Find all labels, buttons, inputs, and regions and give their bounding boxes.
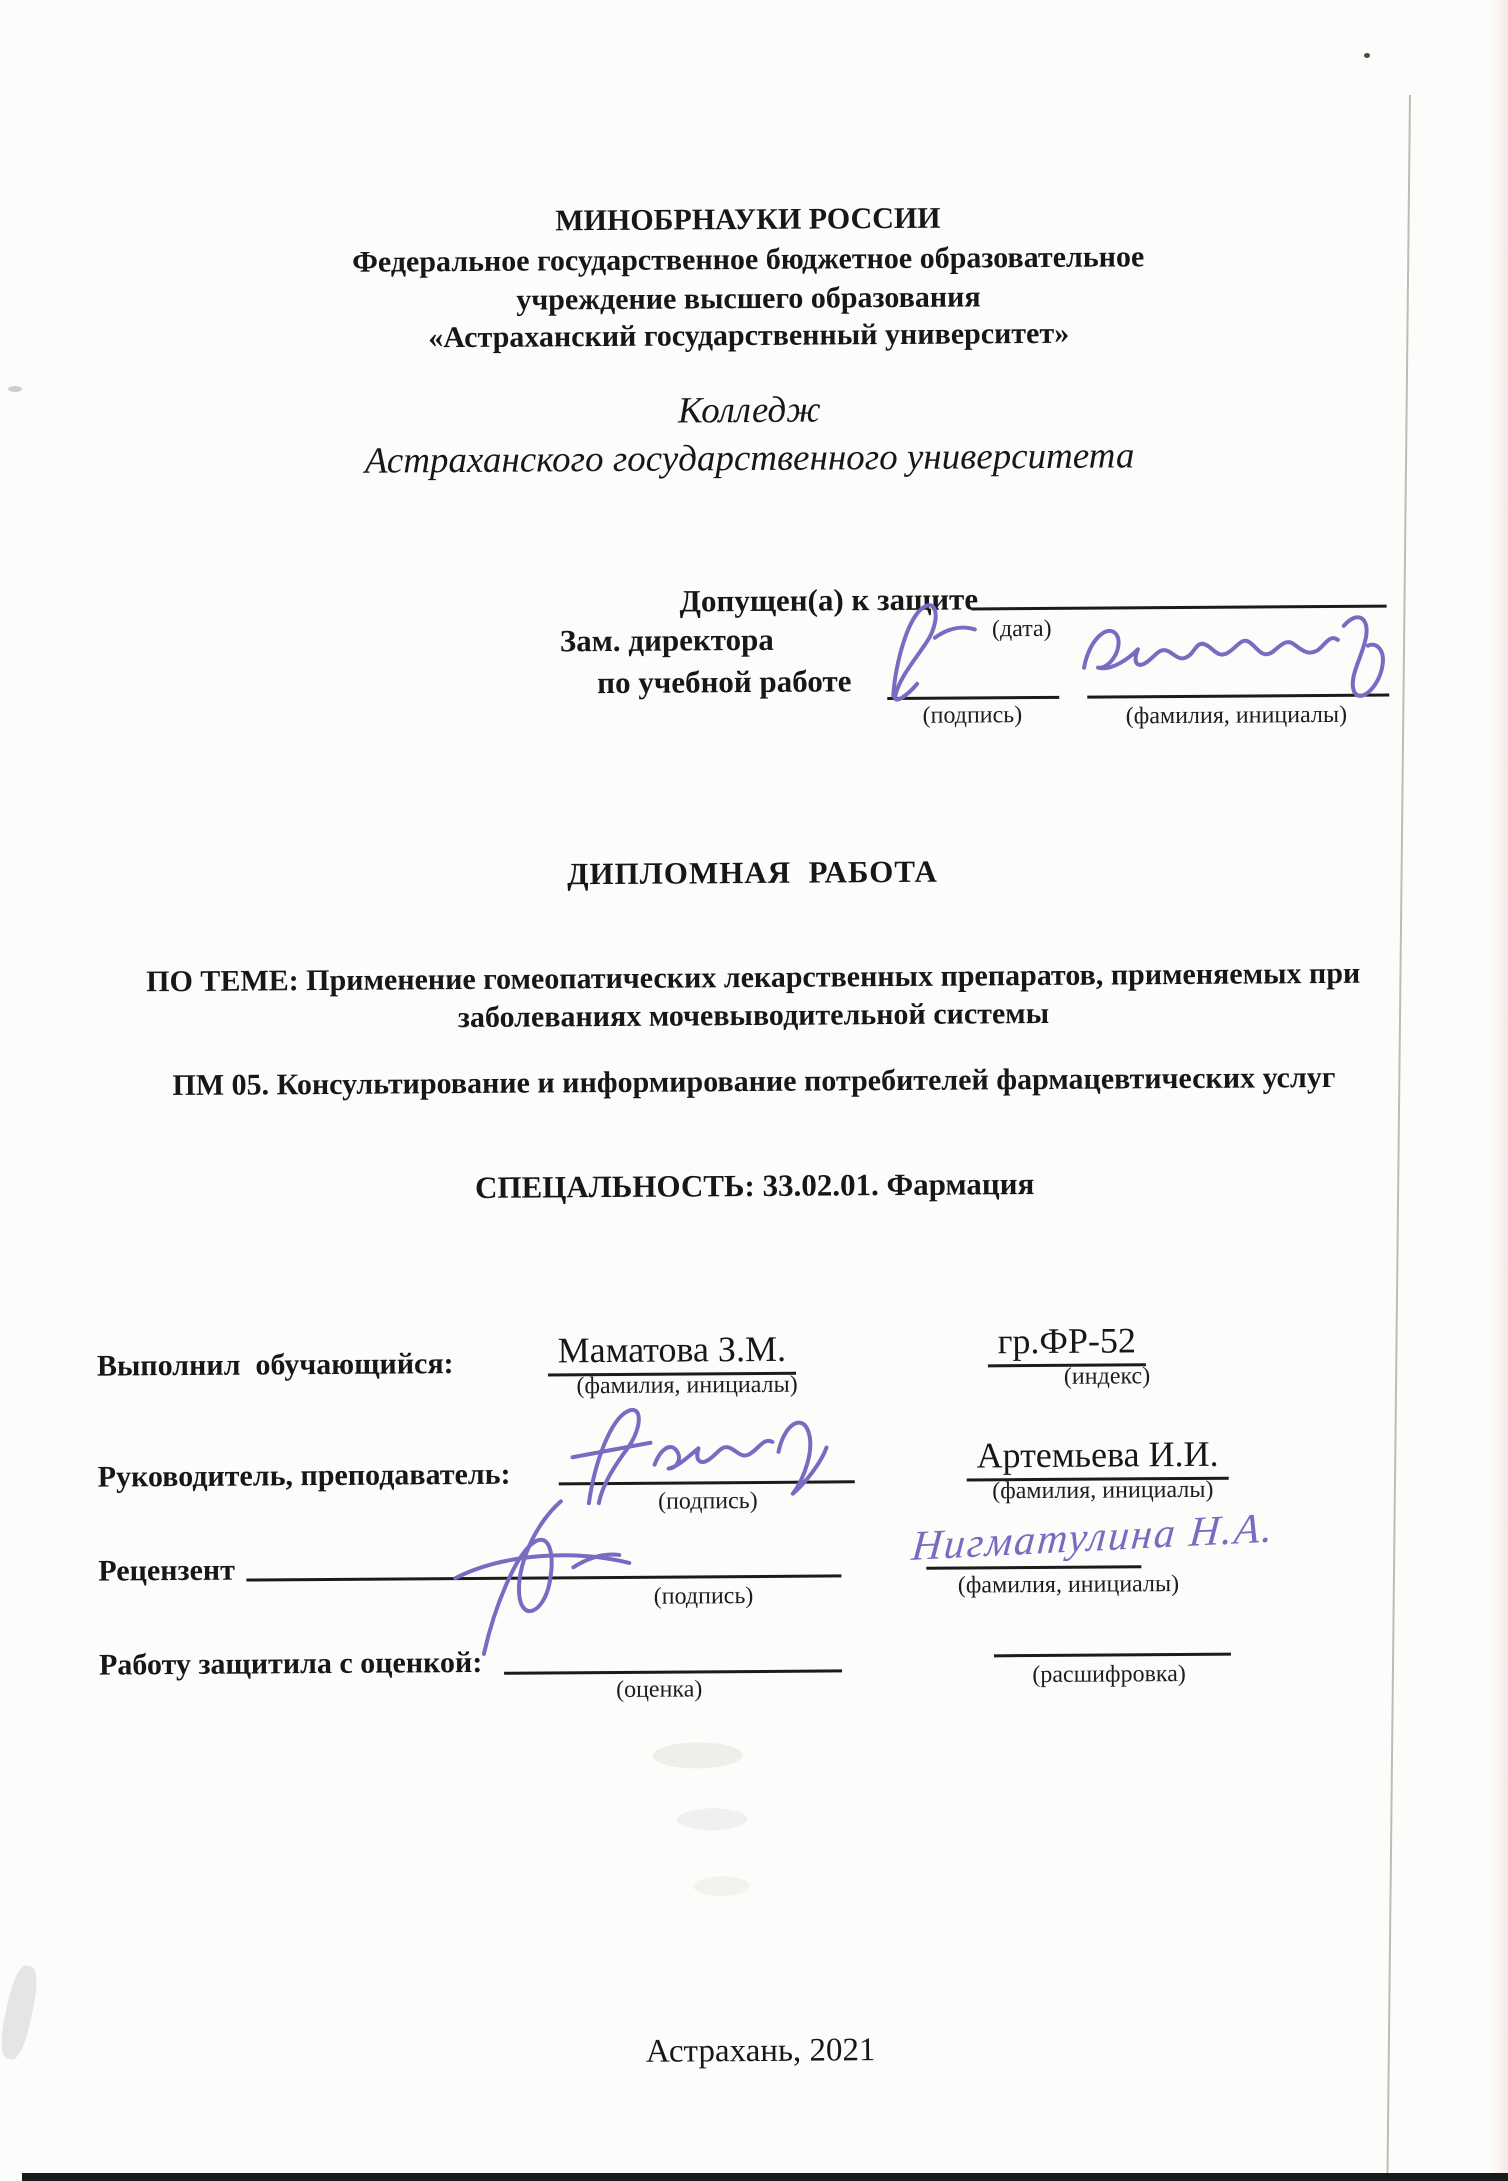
module-line: ПМ 05. Консультирование и информирование… — [0, 1057, 1508, 1107]
work-title: ДИПЛОМНАЯ РАБОТА — [0, 850, 1507, 897]
deputy-signature-icon — [865, 593, 1006, 711]
city-year: Астрахань, 2021 — [7, 2028, 1508, 2076]
grade-label: Работу защитила с оценкой: — [99, 1646, 482, 1683]
scan-speck-dot — [1364, 53, 1370, 58]
page-content: МИНОБРНАУКИ РОССИИ Федеральное государст… — [0, 0, 1508, 2181]
decode-blank-line — [994, 1653, 1231, 1658]
group-wrap: гр.ФР-52 — [952, 1319, 1182, 1368]
reviewer-handwritten-name: Нигматулина Н.А. — [851, 1501, 1335, 1574]
specialty-line: СПЕЦАЛЬНОСТЬ: 33.02.01. Фармация — [1, 1163, 1508, 1210]
scan-smudge-3 — [693, 1876, 749, 1896]
group-value: гр.ФР-52 — [988, 1319, 1147, 1367]
reviewer-name-caption: (фамилия, инициалы) — [938, 1571, 1198, 1600]
supervisor-label: Руководитель, преподаватель: — [98, 1458, 511, 1495]
scan-smudge-1 — [653, 1742, 743, 1769]
grade-blank-line — [504, 1669, 842, 1674]
college-line-2: Астраханского государственного университ… — [0, 429, 1504, 490]
supervisor-name: Артемьева И.И. — [966, 1433, 1228, 1482]
deputy-director-line-2: по учебной работе — [597, 663, 851, 701]
performer-name-caption: (фамилия, инициалы) — [547, 1371, 827, 1400]
scan-bottom-edge — [22, 2173, 1508, 2181]
decode-caption: (расшифровка) — [979, 1661, 1239, 1690]
performer-label: Выполнил обучающийся: — [97, 1347, 454, 1383]
supervisor-name-wrap: Артемьева И.И. — [942, 1433, 1252, 1482]
performer-name-wrap: Маматова З.М. — [522, 1328, 822, 1377]
reviewer-label: Рецензент — [98, 1554, 235, 1589]
scan-smudge-2 — [677, 1808, 747, 1830]
group-caption: (индекс) — [1032, 1363, 1182, 1391]
reviewer-name-line — [926, 1565, 1141, 1570]
deputy-director-line-1: Зам. директора — [560, 622, 774, 659]
grade-caption: (оценка) — [574, 1676, 744, 1704]
scan-right-tint — [1492, 0, 1508, 2181]
scan-speck-left — [8, 386, 22, 392]
supervisor-name-caption: (фамилия, инициалы) — [963, 1477, 1243, 1506]
reviewer-signature-icon — [431, 1489, 672, 1671]
deputy-name-signature-icon — [1072, 603, 1408, 715]
scanned-title-page: { "doc": { "ministry": "МИНОБРНАУКИ РОСС… — [0, 0, 1508, 2181]
performer-name: Маматова З.М. — [547, 1328, 796, 1377]
